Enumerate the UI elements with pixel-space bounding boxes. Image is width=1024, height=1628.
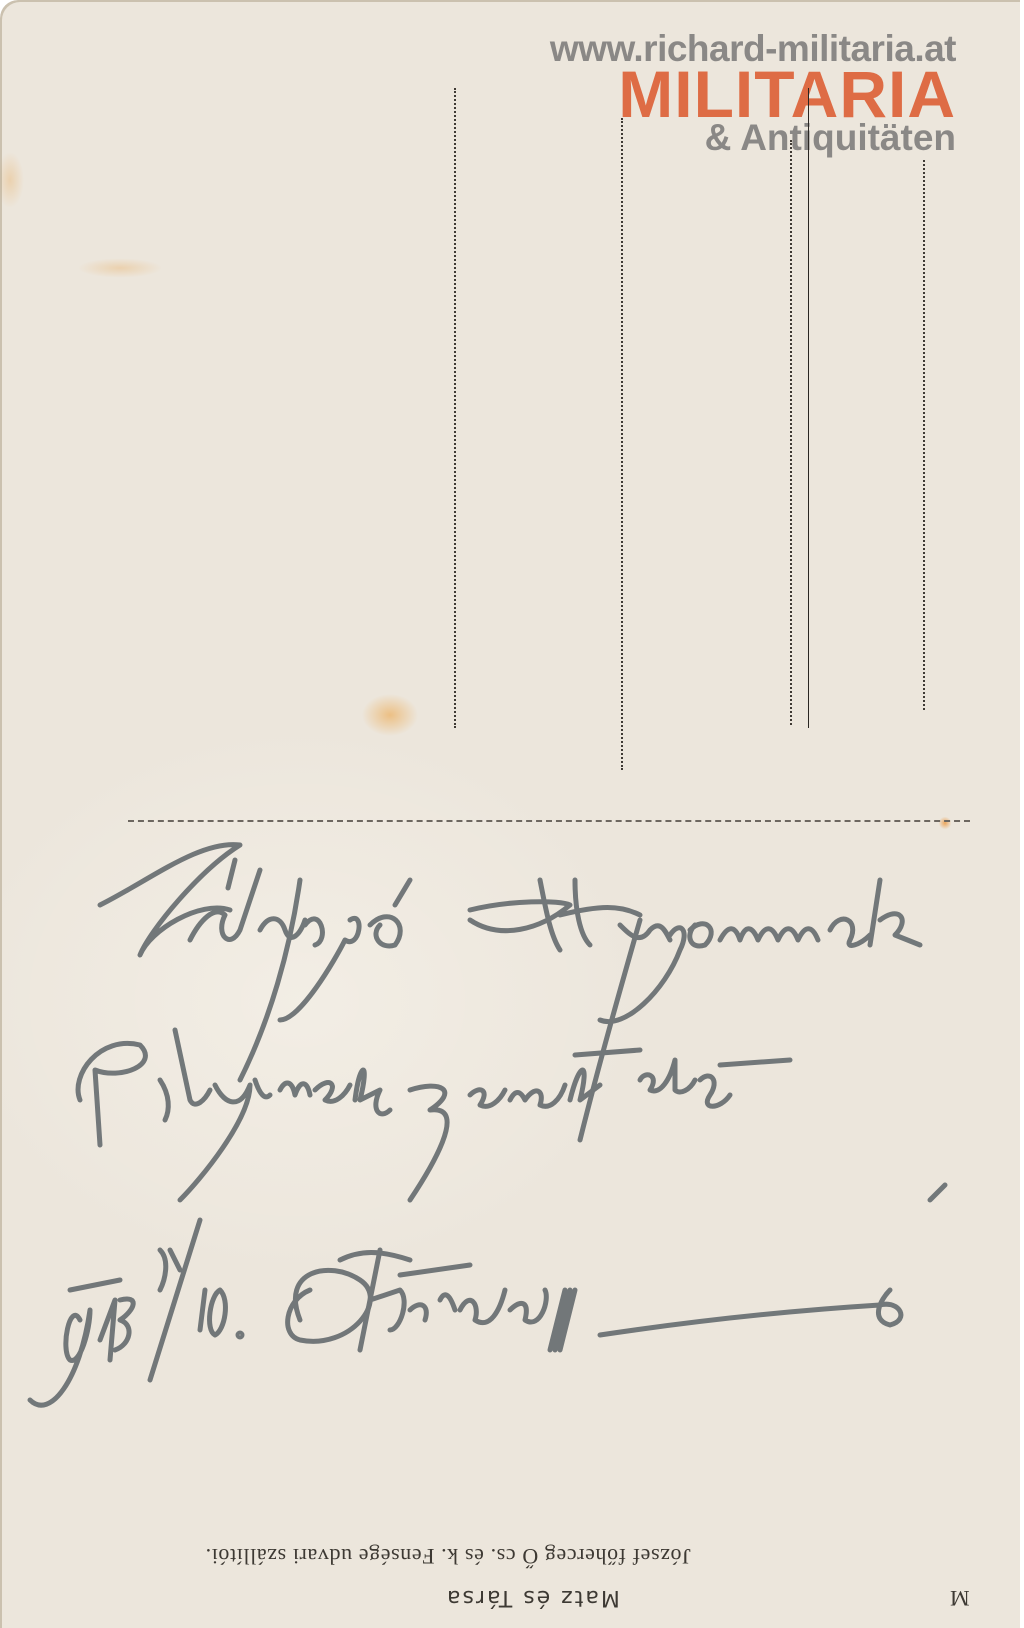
postcard-back: www.richard-militaria.at MILITARIA & Ant… (0, 0, 1020, 1628)
divider-line-3 (790, 140, 792, 725)
horizontal-divider (128, 820, 970, 822)
divider-line-1 (454, 88, 456, 728)
corner-letter: M (950, 1585, 970, 1611)
watermark: www.richard-militaria.at MILITARIA & Ant… (550, 30, 956, 156)
handwritten-inscription (0, 0, 1024, 1628)
divider-line-2 (621, 118, 623, 770)
divider-line-4 (923, 160, 925, 710)
publisher-name: Matz és Társa (445, 1585, 620, 1610)
divider-line-solid (808, 88, 809, 728)
publisher-line: József főherceg Ő cs. és k. Fensége udva… (205, 1543, 691, 1569)
watermark-subtitle: & Antiquitäten (550, 119, 956, 156)
